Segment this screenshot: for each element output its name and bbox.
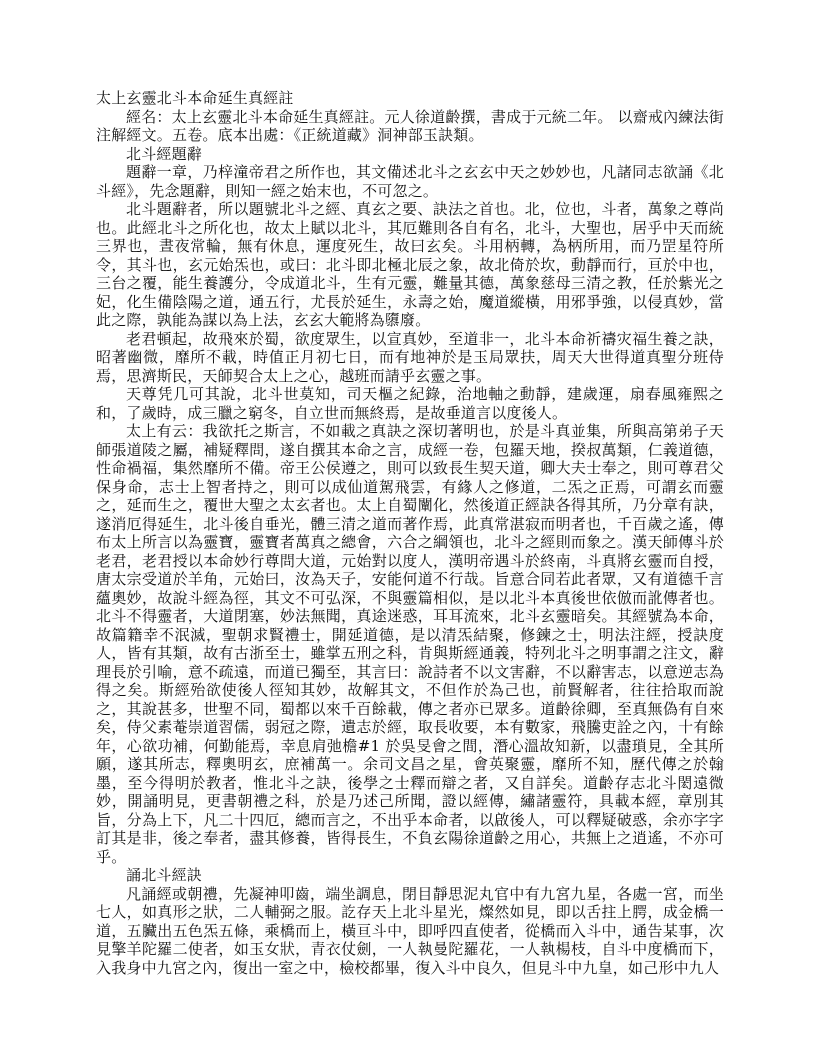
edition-note: 經名：太上玄靈北斗本命延生真經註。元人徐道齡撰，書成于元統二年。 以齋戒內練法街… xyxy=(96,108,724,145)
paragraph: 老君頓起，故飛來於蜀，欲度眾生，以宣真妙，至道非一，北斗本命祈禱灾福生養之訣，昭… xyxy=(96,330,724,386)
document-page: 太上玄靈北斗本命延生真經註經名：太上玄靈北斗本命延生真經註。元人徐道齡撰，書成于… xyxy=(0,0,816,1056)
document-text-block: 太上玄靈北斗本命延生真經註經名：太上玄靈北斗本命延生真經註。元人徐道齡撰，書成于… xyxy=(96,89,724,977)
section-heading: 北斗經題辭 xyxy=(96,145,724,164)
section-heading: 誦北斗經訣 xyxy=(96,866,724,885)
paragraph: 題辭一章，乃梓潼帝君之所作也，其文備述北斗之玄玄中天之妙妙也，凡諸同志欲誦《北斗… xyxy=(96,163,724,200)
paragraph: 太上有云：我欲托之斯言，不如載之真訣之深切著明也，於是斗真並集，所與高第弟子天師… xyxy=(96,422,724,866)
paragraph: 天尊凭几可其說，北斗世莫知，司天樞之紀錄，治地軸之動靜，建歲運，扇春風雍熙之和，… xyxy=(96,385,724,422)
document-title: 太上玄靈北斗本命延生真經註 xyxy=(96,89,724,108)
paragraph: 北斗題辭者，所以題號北斗之經、真玄之要、訣法之首也。北，位也，斗者，萬象之尊尚也… xyxy=(96,200,724,330)
paragraph: 凡誦經或朝禮，先凝神叩齒，端坐調息，閉目靜思泥丸官中有九宮九星，各處一宮，而坐七… xyxy=(96,885,724,978)
